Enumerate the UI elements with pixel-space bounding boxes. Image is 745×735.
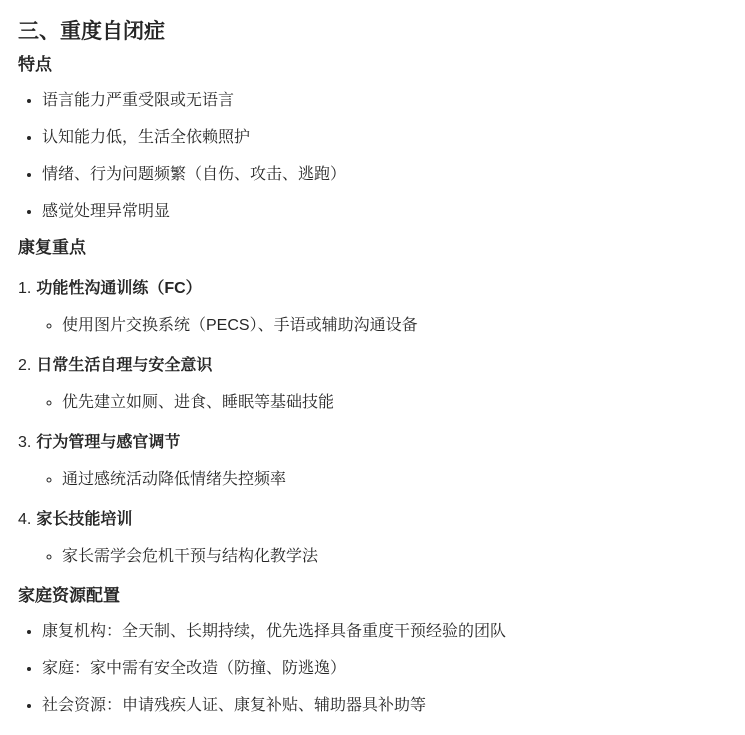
sub-list: 家长需学会危机干预与结构化教学法 xyxy=(18,543,719,570)
list-item: 认知能力低，生活全依赖照护 xyxy=(42,124,719,151)
numbered-item: 2.日常生活自理与安全意识 优先建立如厕、进食、睡眠等基础技能 xyxy=(18,352,719,416)
item-number: 1. xyxy=(18,280,31,297)
sub-list-item: 优先建立如厕、进食、睡眠等基础技能 xyxy=(62,389,719,416)
list-item: 康复机构：全天制、长期持续，优先选择具备重度干预经验的团队 xyxy=(42,618,719,645)
rehab-list: 1.功能性沟通训练（FC） 使用图片交换系统（PECS）、手语或辅助沟通设备 2… xyxy=(18,275,719,570)
sub-list: 优先建立如厕、进食、睡眠等基础技能 xyxy=(18,389,719,416)
numbered-item: 4.家长技能培训 家长需学会危机干预与结构化教学法 xyxy=(18,506,719,570)
list-item: 家庭：家中需有安全改造（防撞、防逃逸） xyxy=(42,655,719,682)
resources-list: 康复机构：全天制、长期持续，优先选择具备重度干预经验的团队 家庭：家中需有安全改… xyxy=(18,618,719,719)
numbered-item: 1.功能性沟通训练（FC） 使用图片交换系统（PECS）、手语或辅助沟通设备 xyxy=(18,275,719,339)
item-title: 功能性沟通训练（FC） xyxy=(36,280,201,297)
subheading-rehab: 康复重点 xyxy=(18,235,719,261)
sub-list-item: 家长需学会危机干预与结构化教学法 xyxy=(62,543,719,570)
subheading-resources: 家庭资源配置 xyxy=(18,583,719,609)
sub-list-item: 通过感统活动降低情绪失控频率 xyxy=(62,466,719,493)
list-item: 语言能力严重受限或无语言 xyxy=(42,87,719,114)
sub-list: 使用图片交换系统（PECS）、手语或辅助沟通设备 xyxy=(18,312,719,339)
item-number: 2. xyxy=(18,357,31,374)
list-item: 情绪、行为问题频繁（自伤、攻击、逃跑） xyxy=(42,161,719,188)
item-title: 日常生活自理与安全意识 xyxy=(36,357,212,374)
sub-list-item: 使用图片交换系统（PECS）、手语或辅助沟通设备 xyxy=(62,312,719,339)
item-title: 家长技能培训 xyxy=(36,511,132,528)
item-number: 3. xyxy=(18,434,31,451)
numbered-item: 3.行为管理与感官调节 通过感统活动降低情绪失控频率 xyxy=(18,429,719,493)
document-body: 三、重度自闭症 特点 语言能力严重受限或无语言 认知能力低，生活全依赖照护 情绪… xyxy=(0,0,745,719)
features-list: 语言能力严重受限或无语言 认知能力低，生活全依赖照护 情绪、行为问题频繁（自伤、… xyxy=(18,87,719,225)
list-item: 社会资源：申请残疾人证、康复补贴、辅助器具补助等 xyxy=(42,692,719,719)
section-title: 三、重度自闭症 xyxy=(18,18,719,46)
item-title: 行为管理与感官调节 xyxy=(36,434,180,451)
sub-list: 通过感统活动降低情绪失控频率 xyxy=(18,466,719,493)
list-item: 感觉处理异常明显 xyxy=(42,198,719,225)
item-number: 4. xyxy=(18,511,31,528)
subheading-features: 特点 xyxy=(18,52,719,78)
